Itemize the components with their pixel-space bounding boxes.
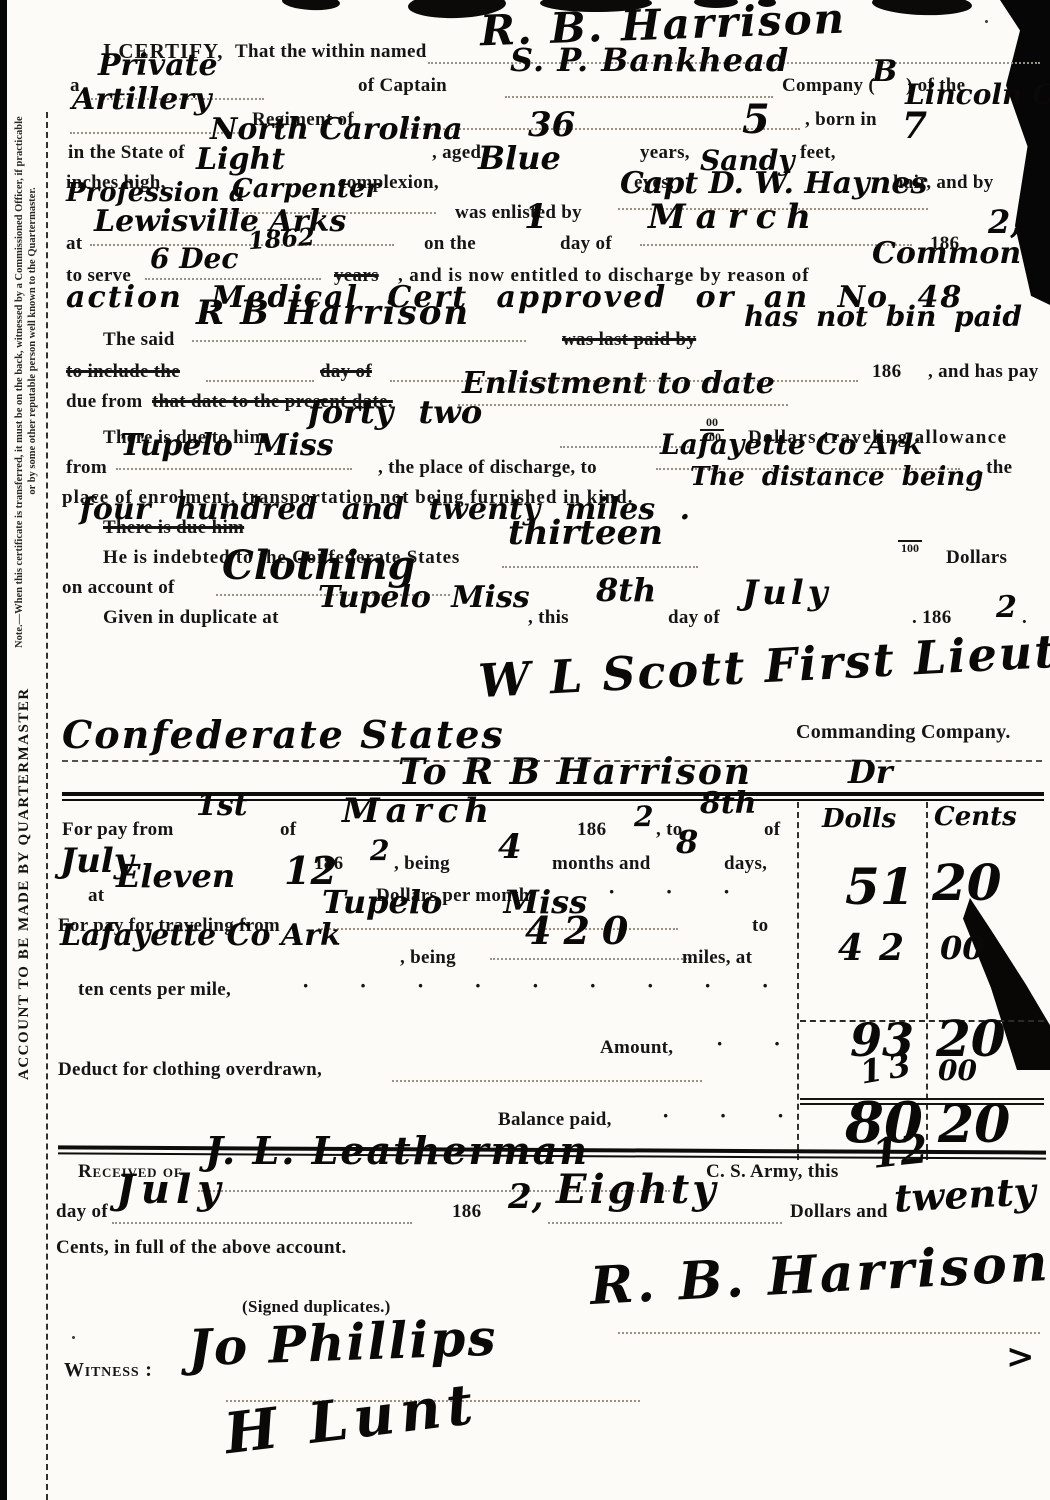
term-entry: 6 Dec — [150, 246, 238, 271]
dotted-rule — [90, 244, 394, 246]
form-label: Dollars — [946, 548, 1007, 568]
struck-label: There is due him — [103, 518, 244, 538]
feet-entry: 5 — [742, 102, 770, 138]
soldier-signature: R. B. Harrison — [589, 1240, 1050, 1311]
scan-artifact — [282, 0, 341, 12]
form-label: 186 — [577, 820, 606, 840]
term-year-entry: 1862 — [247, 226, 315, 252]
witness-label: Witness : — [64, 1360, 153, 1381]
amount-label: Amount, — [600, 1038, 673, 1058]
balance-label: Balance paid, — [498, 1110, 612, 1130]
fraction-bottom: 100 — [901, 542, 919, 555]
dollars-column-header: Dolls — [822, 808, 896, 831]
table-column-line — [797, 802, 799, 1160]
form-label: on account of — [62, 578, 175, 598]
birthplace-entry: Lincoln Coun — [905, 82, 1050, 107]
margin-note: Note.—When this certificate is transferr… — [13, 34, 39, 648]
dollars-and-label: Dollars and — [790, 1202, 888, 1222]
issue-month-entry: July — [742, 578, 831, 609]
enlistment-year-entry: 2, — [988, 208, 1021, 237]
margin-rule — [46, 112, 48, 1500]
rate-words-entry: Eleven — [116, 862, 235, 891]
dotted-rule — [618, 1332, 1040, 1334]
dot-leader: · · — [716, 1032, 781, 1055]
form-label: in the State of — [68, 143, 185, 163]
form-label: day of — [668, 608, 720, 628]
dotted-rule — [116, 468, 352, 470]
discharge-place-entry: Tupelo Miss — [120, 432, 334, 459]
indebted-account-entry: Clothing — [222, 548, 416, 584]
day-of-label: day of — [56, 1202, 108, 1222]
margin-note-line1: Note.—When this certificate is transferr… — [13, 34, 26, 648]
issue-year-entry: 2 — [996, 594, 1017, 621]
form-label: years, — [640, 143, 690, 163]
deduct-dollars-value: 13 — [858, 1049, 919, 1087]
pay-from-day-entry: 1st — [196, 792, 248, 819]
dotted-rule — [490, 958, 690, 960]
issue-day-entry: 8th — [596, 576, 656, 605]
dot-leader: · · · — [662, 1104, 785, 1127]
struck-label: day of — [320, 362, 372, 382]
discharge-reason-entry: Common — [872, 240, 1021, 267]
confederate-states-heading: Confederate States — [62, 718, 505, 752]
dotted-rule — [404, 128, 800, 130]
indebted-amount-entry: thirteen — [508, 518, 663, 549]
form-label: months and — [552, 854, 651, 874]
balance-cents-value: 20 — [938, 1102, 1010, 1149]
amount-words-entry: Eighty — [556, 1172, 718, 1208]
dotted-rule — [505, 96, 773, 98]
form-label: The said — [103, 330, 175, 350]
form-label: miles, at — [682, 948, 752, 968]
witness-signature-1: Jo Phillips — [187, 1315, 498, 1371]
struck-label: was last paid by — [562, 330, 696, 350]
form-label: feet, — [800, 143, 836, 163]
pen-flourish: > — [1006, 1342, 1035, 1373]
form-label: 186 — [872, 362, 901, 382]
company-letter-entry: B — [872, 58, 897, 85]
travel-cents-value: 00 — [940, 934, 985, 963]
form-label: , and has pay — [928, 362, 1039, 382]
form-label: Given in duplicate at — [103, 608, 279, 628]
miles-entry: 420 — [525, 914, 640, 948]
deduct-cents-value: 00 — [938, 1058, 977, 1083]
form-label: , the place of discharge, to — [378, 458, 597, 478]
pay-from-year-entry: 2 — [634, 804, 653, 829]
form-label: was enlisted by — [455, 203, 582, 223]
scan-artifact — [872, 0, 973, 17]
profession-label-entry: Profession a — [66, 182, 246, 205]
dashed-rule — [800, 1020, 1044, 1022]
year-label: 186 — [452, 1202, 481, 1222]
officer-signature: W L Scott First Lieut — [477, 631, 1050, 703]
enlistment-month-entry: March — [648, 202, 821, 233]
scan-smudge-bottom-left — [72, 1336, 75, 1339]
witness-signature-2: H Lunt — [222, 1379, 481, 1460]
inches-entry: 7 — [902, 110, 927, 142]
table-column-line — [926, 802, 928, 1160]
form-label: , being — [394, 854, 450, 874]
travel-to-entry: Lafayette Co Ark — [60, 922, 341, 949]
pay-cents-value: 20 — [932, 860, 1002, 905]
days-entry: 8 — [676, 828, 698, 857]
certify-text: That the within named — [235, 42, 427, 62]
dot-leader: · · · · · · · · · — [302, 974, 769, 997]
enlistment-day-entry: 1 — [524, 202, 548, 233]
form-label: day of — [560, 234, 612, 254]
receipt-year-entry: 2, — [508, 1182, 544, 1213]
form-label: due from — [66, 392, 142, 412]
form-label: , aged — [432, 143, 481, 163]
struck-label: to include the — [66, 362, 180, 382]
form-label: , being — [400, 948, 456, 968]
scan-speckles-right — [985, 20, 988, 23]
months-entry: 4 — [498, 832, 522, 863]
commanding-company-label: Commanding Company. — [796, 722, 1011, 743]
soldier-name-entry2: R B Harrison — [196, 298, 470, 329]
cents-words-entry: twenty — [893, 1174, 1036, 1216]
distance-entry: The distance being — [690, 466, 983, 489]
form-label: , born in — [805, 110, 877, 130]
issue-place-entry: Tupelo Miss — [318, 584, 530, 611]
dot-leader: · · · — [608, 880, 731, 903]
form-label: For pay from — [62, 820, 174, 840]
eyes-entry: Blue — [478, 144, 561, 173]
scan-edge-left — [0, 0, 7, 1500]
form-label: to — [752, 916, 768, 936]
pay-to-day-entry: 8th — [700, 790, 757, 817]
dotted-rule — [206, 380, 314, 382]
enlisting-officer-entry: Capt D. W. Haynes — [620, 170, 927, 197]
age-entry: 36 — [528, 110, 575, 141]
cents-fraction: 100 — [898, 540, 922, 555]
form-label: at — [66, 234, 82, 254]
form-label: at — [88, 886, 104, 906]
deduct-label: Deduct for clothing overdrawn, — [58, 1060, 322, 1080]
paymaster-name-entry: J. L. Leatherman — [205, 1134, 589, 1168]
form-label: ten cents per mile, — [78, 980, 231, 1000]
dotted-rule — [192, 340, 526, 342]
captain-name-entry: S. P. Bankhead — [510, 46, 789, 75]
complexion-entry: Light — [196, 146, 285, 173]
dotted-rule — [392, 1080, 702, 1082]
travel-dollars-value: 42 — [838, 932, 920, 964]
state-entry: North Carolina — [210, 116, 463, 143]
scanned-document-page: Note.—When this certificate is transferr… — [0, 0, 1050, 1500]
margin-account-note: ACCOUNT TO BE MADE BY QUARTERMASTER — [16, 688, 33, 1080]
receipt-day-entry: 12 — [870, 1131, 929, 1173]
account-to-line: To R B Harrison — [398, 756, 752, 788]
pay-from-month-entry: March — [342, 796, 495, 827]
cents-column-header: Cents — [934, 806, 1017, 829]
pay-dollars-value: 51 — [845, 864, 915, 909]
form-label: from — [66, 458, 107, 478]
rank-entry: Private — [98, 52, 218, 79]
form-label: , this — [528, 608, 569, 628]
pay-to-year-entry: 2 — [370, 838, 389, 863]
regiment-type-entry: Artillery — [72, 86, 211, 113]
cents-full-label: Cents, in full of the above account. — [56, 1238, 347, 1258]
form-label: Company ( — [782, 76, 875, 96]
form-label: on the — [424, 234, 476, 254]
dotted-rule — [458, 404, 788, 406]
dotted-rule — [112, 1222, 412, 1224]
form-label: of Captain — [358, 76, 447, 96]
form-label: days, — [724, 854, 767, 874]
form-label: of — [280, 820, 296, 840]
margin-note-line2: or by some other reputable person well k… — [26, 34, 39, 648]
profession-entry: Carpenter — [232, 178, 379, 201]
not-paid-entry: has not bin paid — [744, 304, 1022, 329]
form-label: . 186 — [912, 608, 952, 628]
receipt-month-entry: July — [116, 1172, 226, 1208]
pay-due-from-entry: Enlistment to date — [462, 370, 775, 397]
travel-allowance-entry: forty two — [308, 398, 482, 427]
form-label: of — [764, 820, 780, 840]
dotted-rule — [548, 1222, 782, 1224]
army-this-label: C. S. Army, this — [706, 1162, 839, 1182]
enrolment-place-entry: Lafayette Co Ark — [660, 432, 922, 457]
dotted-rule — [502, 566, 698, 568]
debtor-abbrev: Dr — [848, 758, 893, 787]
